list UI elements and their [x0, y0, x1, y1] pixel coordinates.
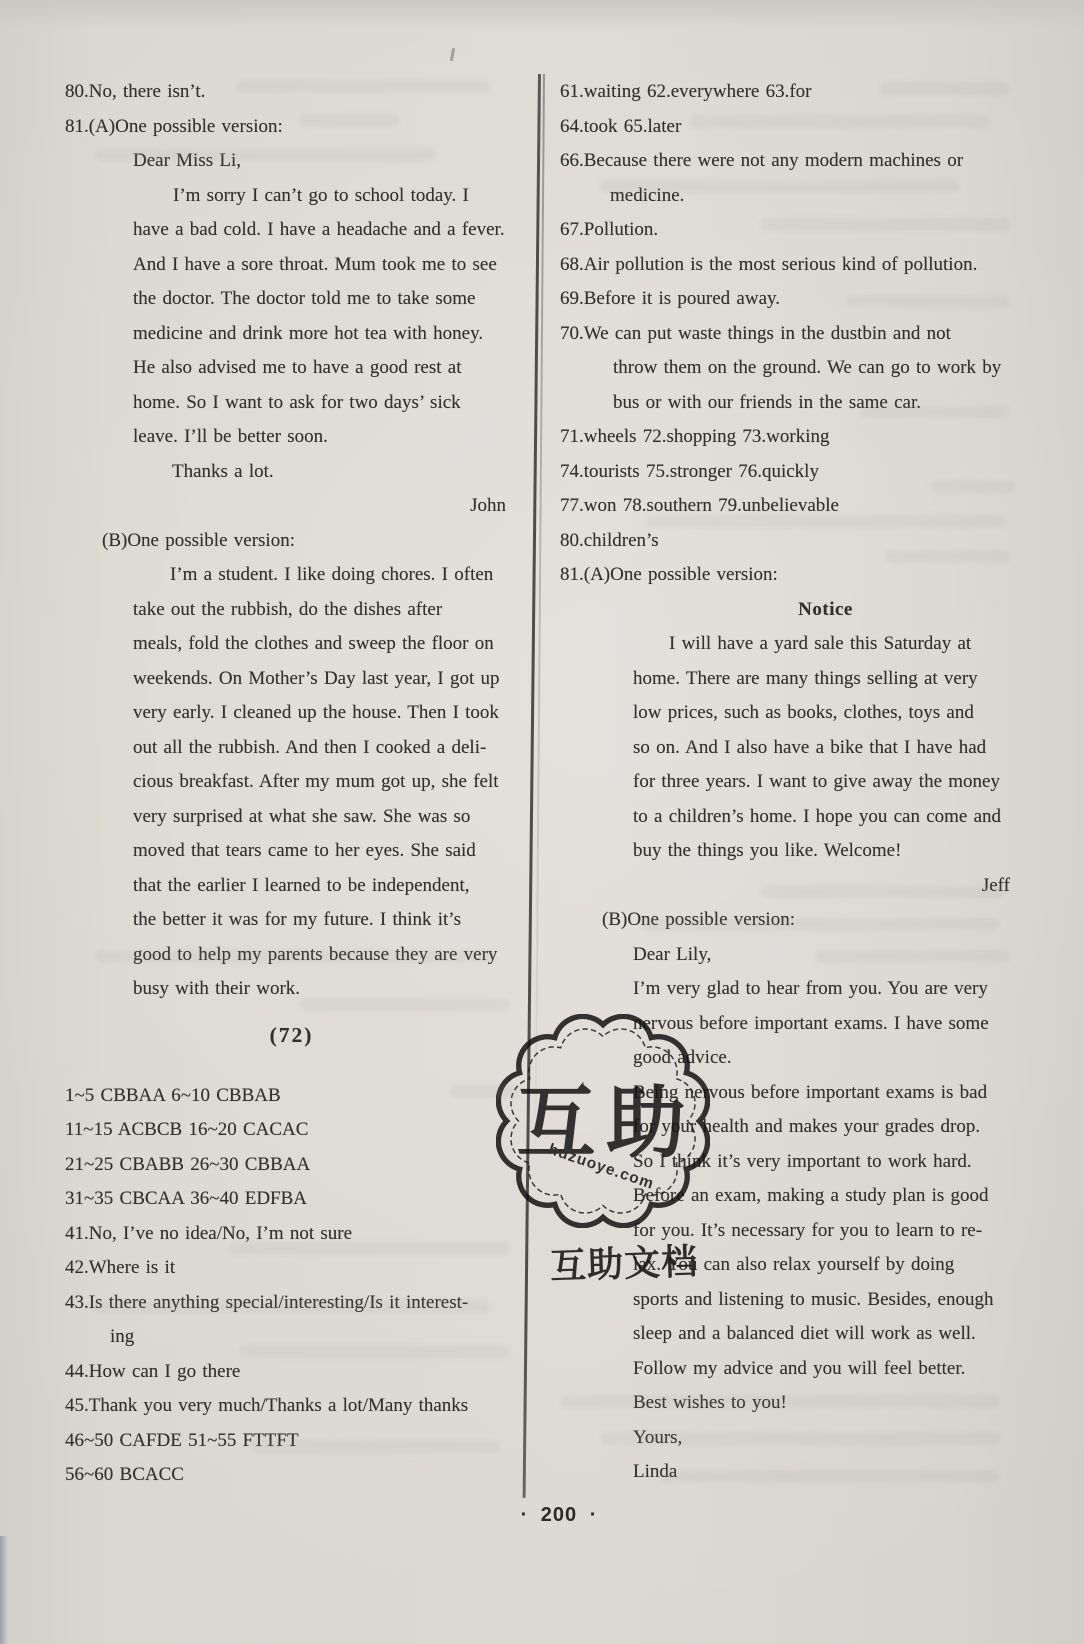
mc-answers-row: 11~15 ACBCB 16~20 CACAC	[65, 1113, 518, 1148]
letter-b-yours: Yours,	[633, 1421, 1018, 1456]
stamp-main-text: 互助	[516, 1080, 696, 1168]
answer-81-label: 81.(A)One possible version:	[560, 558, 1018, 593]
scan-speck	[450, 48, 455, 61]
notice-title: Notice	[633, 593, 1018, 628]
answer-44: 44.How can I go there	[65, 1355, 518, 1390]
answer-70: 70.We can put waste things in the dustbi…	[560, 317, 1018, 421]
letter-b-wishes: Best wishes to you!	[633, 1386, 1018, 1421]
letter-a-salutation: Dear Miss Li,	[133, 144, 518, 179]
scanned-answer-key-page: 80.No, there isn’t. 81.(A)One possible v…	[0, 0, 1084, 1644]
mc-answers-row: 31~35 CBCAA 36~40 EDFBA	[65, 1182, 518, 1217]
mc-answers-row: 56~60 BCACC	[65, 1458, 518, 1493]
answer-41: 41.No, I’ve no idea/No, I’m not sure	[65, 1217, 518, 1252]
mc-answers-row: 21~25 CBABB 26~30 CBBAA	[65, 1148, 518, 1183]
letter-a-body: I’m sorry I can’t go to school today. I …	[133, 179, 518, 455]
section-heading-72: (72)	[65, 1017, 518, 1053]
notice-body: I will have a yard sale this Saturday at…	[633, 627, 1018, 869]
answer-43: 43.Is there anything special/interesting…	[65, 1286, 518, 1355]
answer-67: 67.Pollution.	[560, 213, 1018, 248]
letter-b-body: I’m a student. I like doing chores. I of…	[133, 558, 518, 1007]
letter-b-salutation: Dear Lily,	[633, 938, 1018, 973]
page-number: · 200 ·	[497, 1504, 621, 1527]
answer-81-label: 81.(A)One possible version:	[65, 110, 518, 145]
answer-45: 45.Thank you very much/Thanks a lot/Many…	[65, 1389, 518, 1424]
answer-69: 69.Before it is poured away.	[560, 282, 1018, 317]
notice-signature: Jeff	[633, 869, 1018, 904]
stamp-caption-text: 互助文档	[549, 1233, 699, 1289]
hudzhu-stamp-watermark: 互助 hdzuoye.com	[496, 1014, 710, 1228]
answers-71-73: 71.wheels 72.shopping 73.working	[560, 420, 1018, 455]
scan-edge-shadow	[0, 1536, 8, 1644]
left-column: 80.No, there isn’t. 81.(A)One possible v…	[65, 75, 518, 1493]
answers-61-63: 61.waiting 62.everywhere 63.for	[560, 75, 1018, 110]
letter-b-signature: Linda	[633, 1455, 1018, 1490]
answer-68: 68.Air pollution is the most serious kin…	[560, 248, 1018, 283]
version-b-label: (B)One possible version:	[102, 524, 518, 559]
mc-answers-row: 46~50 CAFDE 51~55 FTTFT	[65, 1424, 518, 1459]
mc-answers-row: 1~5 CBBAA 6~10 CBBAB	[65, 1079, 518, 1114]
letter-a-signature: John	[133, 489, 518, 524]
answers-64-65: 64.took 65.later	[560, 110, 1018, 145]
answer-42: 42.Where is it	[65, 1251, 518, 1286]
letter-a-closing: Thanks a lot.	[172, 455, 518, 490]
answer-80: 80.No, there isn’t.	[65, 75, 518, 110]
answer-80: 80.children’s	[560, 524, 1018, 559]
version-b-label: (B)One possible version:	[602, 903, 1018, 938]
answers-74-76: 74.tourists 75.stronger 76.quickly	[560, 455, 1018, 490]
answer-66: 66.Because there were not any modern mac…	[560, 144, 1018, 213]
answers-77-79: 77.won 78.southern 79.unbelievable	[560, 489, 1018, 524]
